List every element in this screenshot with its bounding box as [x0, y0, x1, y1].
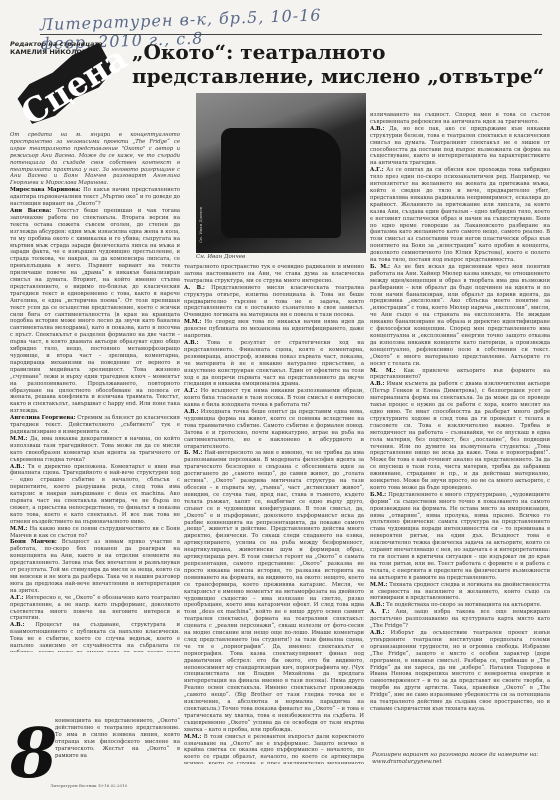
qa-item: М.М.: На какво ниво се появи сътрудничес…	[10, 526, 180, 540]
qa-item: Ангелина Георгиева: Стремим за близост д…	[10, 415, 180, 436]
qa-item: Мирослава Маринова: По какъв начин предс…	[10, 187, 180, 208]
qa-item: А.В.: Имам късмета да работя с двама изк…	[370, 381, 550, 492]
qa-item: А.В.: Да, но все пак, ако се придържаме …	[370, 126, 550, 167]
qa-item: Б. М.: Аз не бих искал да присвоявам чре…	[370, 264, 550, 368]
photo-caption: Сн. Иван Дончев	[196, 254, 245, 260]
article-column-1-continued: конвенцията на представлението, „Окото“ …	[55, 718, 180, 758]
qa-item: А.В.: Изборът да осъществим театрален пр…	[370, 630, 550, 713]
qa-item: М.М.: Да, има някаква декоративност в на…	[10, 436, 180, 464]
qa-item: Б.М.: Представлението е много структурир…	[370, 492, 550, 582]
article-column-1: От средата на м. януари в концептуалното…	[10, 132, 180, 652]
article-intro: От средата на м. януари в концептуалното…	[10, 132, 180, 187]
qa-item: А. В.: Представлението мисли класическат…	[184, 285, 364, 320]
qa-item: А.В.: Процесът на създаване, структурата…	[10, 622, 180, 652]
article-photo: Сн. Иван Дончев	[196, 93, 366, 253]
page-number: 8	[10, 720, 57, 788]
qa-item: Б. М.: Най-интересното за мен е именно, …	[184, 450, 364, 733]
qa-item: А.В.: Изходната точка беше опитът да пре…	[184, 409, 364, 450]
qa-item: изличаването на същност. Според мен в то…	[370, 112, 550, 126]
qa-item: А.Г.: Но всъщност тук няма никакви разпо…	[184, 388, 364, 409]
top-rule	[40, 34, 542, 35]
qa-item: театралното пространство тук е очевидно …	[184, 264, 364, 285]
qa-item: А.В.: Тя е директно приложена. Коментаръ…	[10, 464, 180, 526]
qa-item: А.В.: Това е резултат от стратегически х…	[184, 340, 364, 388]
qa-item: М.М.: Но според мен това по никакъв начи…	[184, 319, 364, 340]
qa-item: Ани Васева: Текстът беше препишан и чак …	[10, 208, 180, 415]
qa-item: А.Г.: Интересно е, че „Окото“ е обозначе…	[10, 595, 180, 623]
qa-item: М. М.: Как привлече актьорите във формит…	[370, 368, 550, 382]
qa-item: А.Г.: Аз се опитах да си обясня кое прох…	[370, 167, 550, 264]
qa-item: М.М.: Тяхната сродност следва и логиката…	[370, 582, 550, 603]
footer-publication: Литературен Вестник 10-16.02.2010	[50, 783, 127, 788]
headline: „Окото“: театралното представление, мисл…	[132, 40, 552, 88]
editor-label: Редактор на страницата	[10, 40, 103, 48]
photo-figure	[221, 128, 341, 238]
website-note: Разширен вариант на разговора може да на…	[372, 752, 552, 766]
qa-item: Боян Манчев: Всъщност аз нямам пряко уча…	[10, 539, 180, 594]
article-column-3: изличаването на същност. Според мен в то…	[370, 112, 550, 752]
photo-side-credit: Сн. Иван Дончев	[198, 207, 203, 243]
qa-item: М.М.: В този смисъл е релевантен въпросъ…	[184, 734, 364, 764]
article-column-2: театралното пространство тук е очевидно …	[184, 264, 364, 764]
qa-item: А. Г.: Ани, защо избра такова все още не…	[370, 609, 550, 630]
